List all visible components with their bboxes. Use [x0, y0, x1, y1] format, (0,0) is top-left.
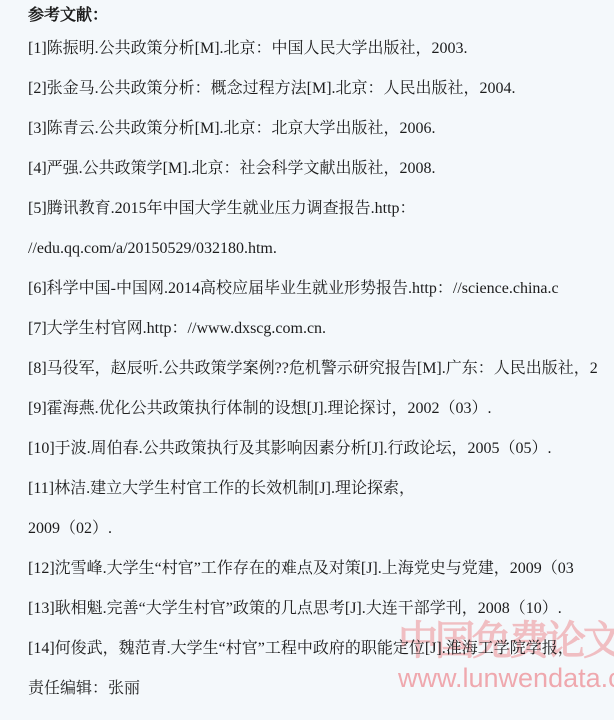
reference-line-3: [3]陈青云.公共政策分析[M].北京：北京大学出版社，2006.: [28, 120, 614, 137]
reference-line-10: [10]于波.周伯春.公共政策执行及其影响因素分析[J].行政论坛，2005（0…: [28, 440, 614, 457]
references-heading: 参考文献：: [28, 8, 614, 24]
reference-list-page: 参考文献： [1]陈振明.公共政策分析[M].北京：中国人民大学出版社，2003…: [0, 0, 614, 697]
reference-line-12: [12]沈雪峰.大学生“村官”工作存在的难点及对策[J].上海党史与党建，200…: [28, 560, 614, 577]
reference-line-13: [13]耿相魁.完善“大学生村官”政策的几点思考[J].大连干部学刊，2008（…: [28, 600, 614, 617]
reference-line-5-continuation: //edu.qq.com/a/20150529/032180.htm.: [28, 240, 614, 257]
reference-line-4: [4]严强.公共政策学[M].北京：社会科学文献出版社，2008.: [28, 160, 614, 177]
reference-line-11-continuation: 2009（02）.: [28, 520, 614, 537]
reference-line-2: [2]张金马.公共政策分析：概念过程方法[M].北京：人民出版社，2004.: [28, 80, 614, 97]
reference-line-8: [8]马役军，赵辰听.公共政策学案例??危机警示研究报告[M].广东：人民出版社…: [28, 360, 614, 377]
reference-line-9: [9]霍海燕.优化公共政策执行体制的设想[J].理论探讨，2002（03）.: [28, 400, 614, 417]
reference-line-11: [11]林洁.建立大学生村官工作的长效机制[J].理论探索，: [28, 480, 614, 497]
reference-line-14: [14]何俊武，魏范青.大学生“村官”工程中政府的职能定位[J].淮海工学院学报…: [28, 640, 614, 657]
reference-line-7: [7]大学生村官网.http：//www.dxscg.com.cn.: [28, 320, 614, 337]
editor-credit: 责任编辑：张丽: [28, 680, 614, 697]
reference-line-5: [5]腾讯教育.2015年中国大学生就业压力调查报告.http：: [28, 200, 614, 217]
reference-line-1: [1]陈振明.公共政策分析[M].北京：中国人民大学出版社，2003.: [28, 40, 614, 57]
reference-line-6: [6]科学中国-中国网.2014高校应届毕业生就业形势报告.http：//sci…: [28, 280, 614, 297]
